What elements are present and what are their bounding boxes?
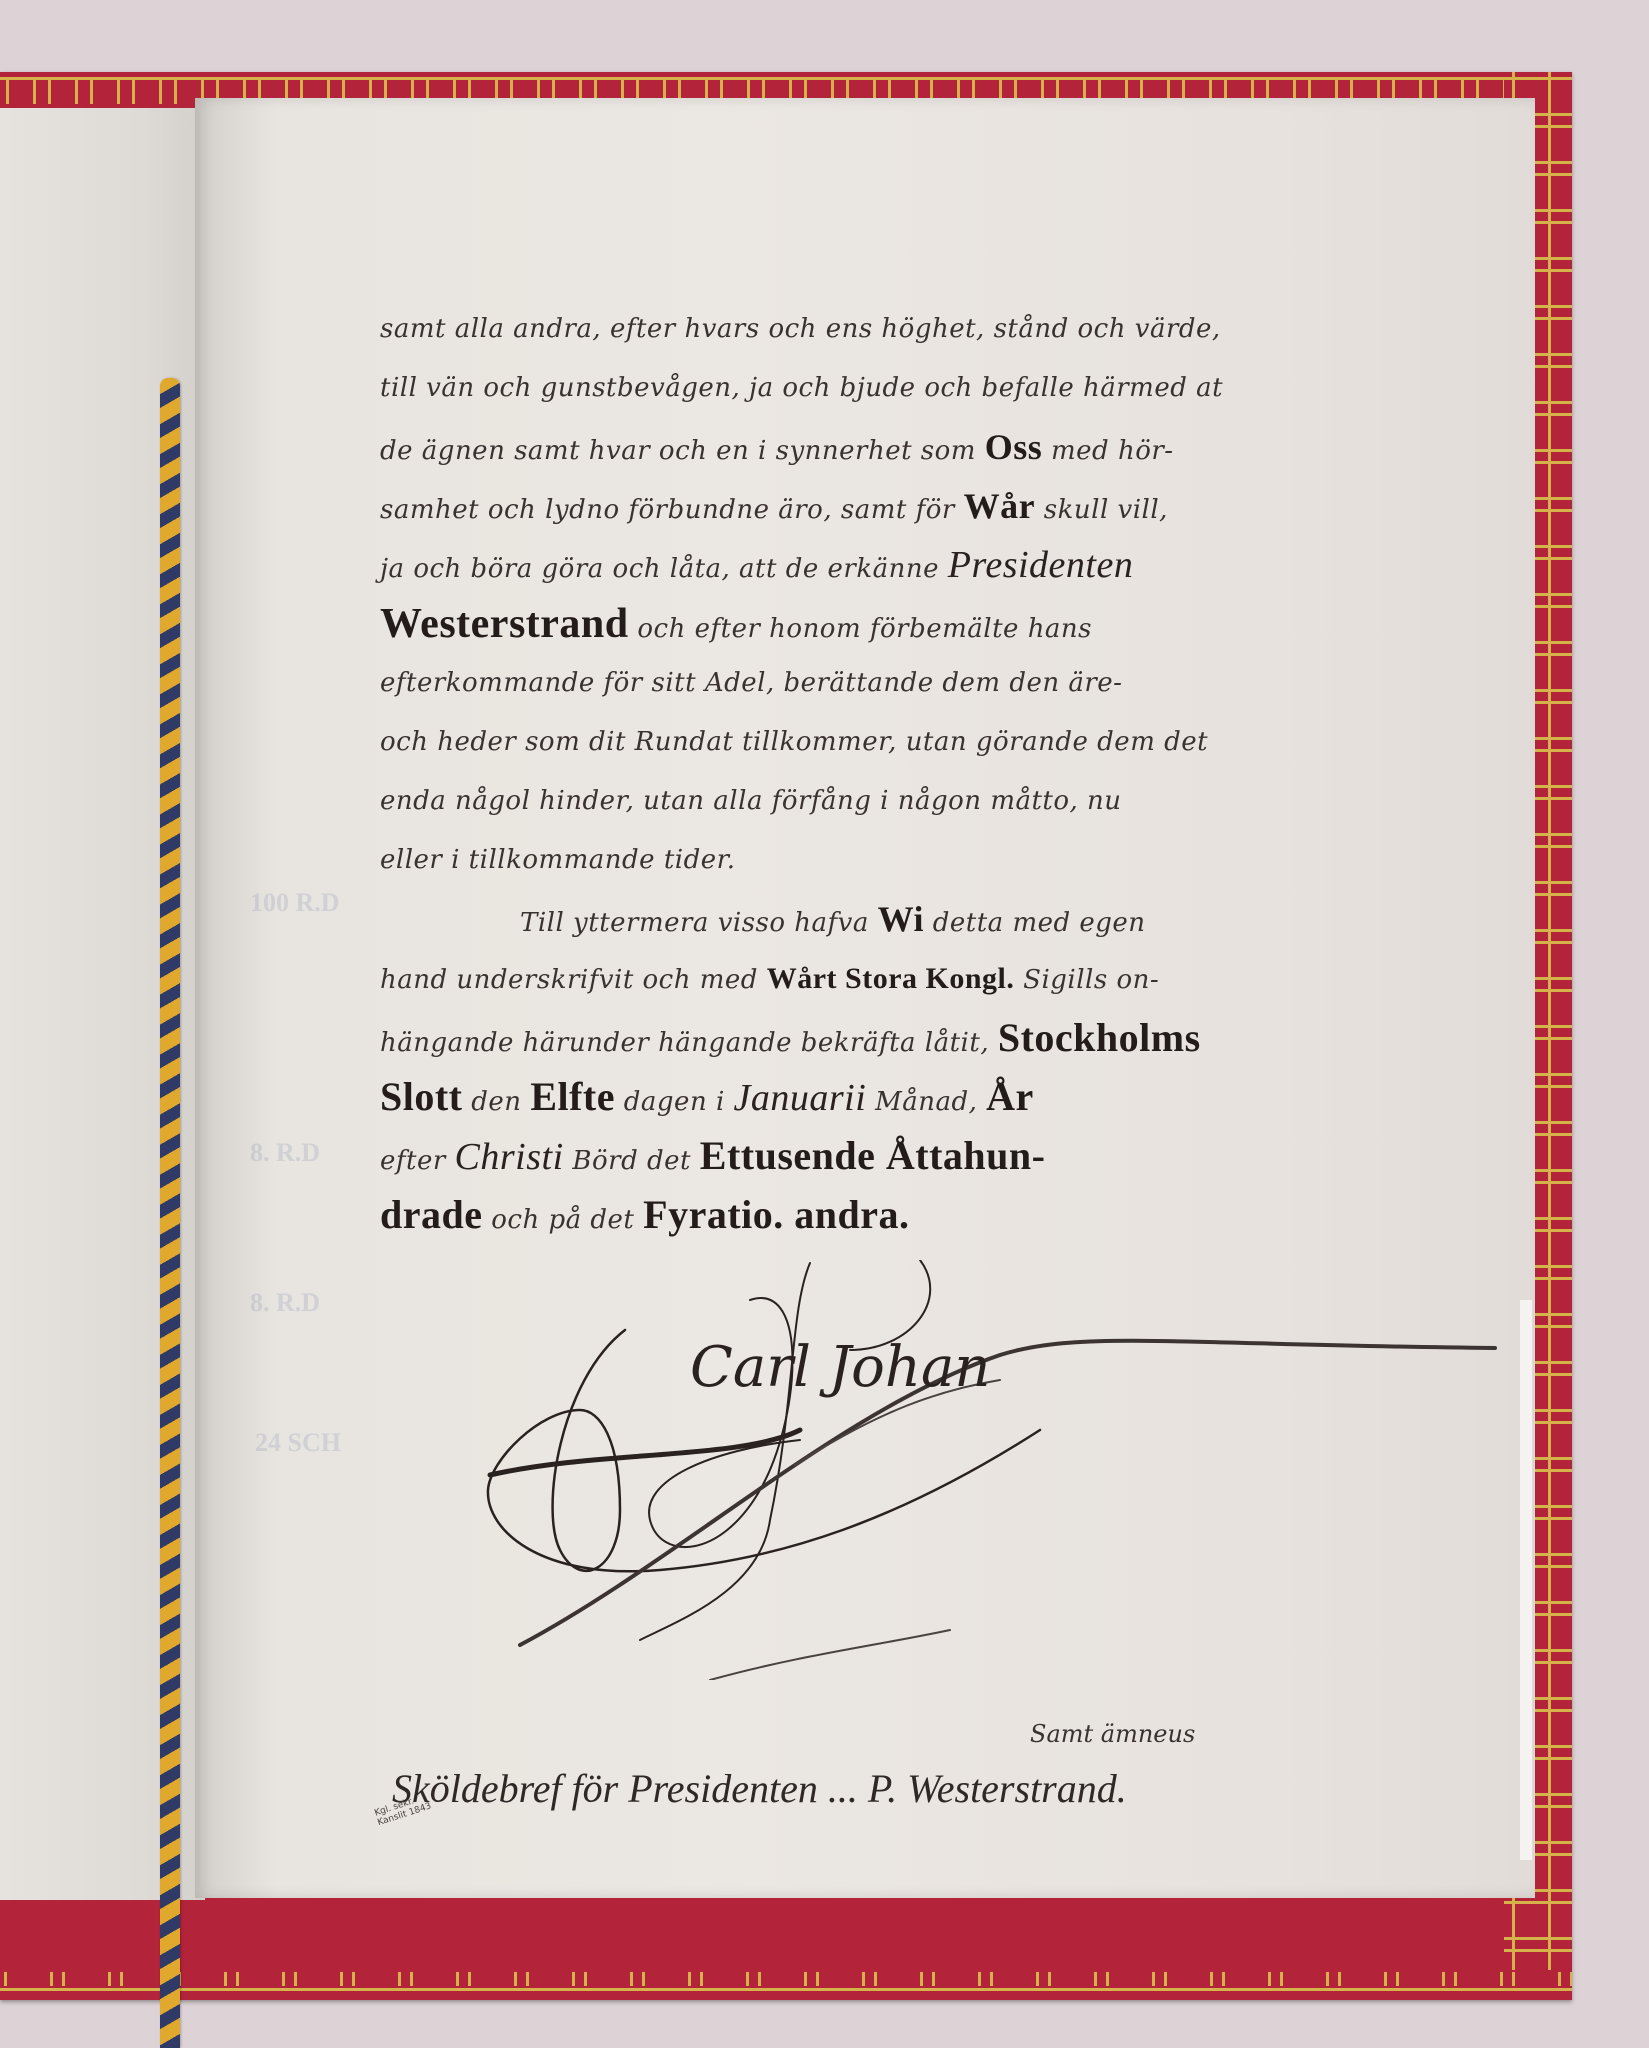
show-through-mark: 8. R.D xyxy=(250,1138,320,1168)
show-through-mark: 24 SCH xyxy=(255,1428,341,1458)
text-line: efter Christi Börd det Ettusende Åttahun… xyxy=(380,1126,1280,1185)
text-line: Westerstrand och efter honom förbemälte … xyxy=(380,595,1280,654)
text-line: till vän och gunstbevågen, ja och bjude … xyxy=(380,359,1280,418)
royal-signature: Carl Johan xyxy=(480,1260,1500,1680)
text-line: de ägnen samt hvar och en i synnerhet so… xyxy=(380,418,1280,477)
greek-key-border-bottom xyxy=(0,1970,1572,2000)
bookmark-cord xyxy=(160,378,180,2048)
page-edge xyxy=(1520,1300,1532,1860)
text-line: hand underskrifvit och med Wårt Stora Ko… xyxy=(380,949,1280,1008)
signature-flourish-icon xyxy=(480,1260,1500,1680)
document-caption: Sköldebref för Presidenten ... P. Wester… xyxy=(392,1765,1127,1812)
text-line: ja och böra göra och låta, att de erkänn… xyxy=(380,536,1280,595)
text-line: hängande härunder hängande bekräfta låti… xyxy=(380,1008,1280,1067)
countersign-note: Samt ämneus xyxy=(1030,1720,1195,1748)
text-line: enda någol hinder, utan alla förfång i n… xyxy=(380,772,1280,831)
text-line: samhet och lydno förbundne äro, samt för… xyxy=(380,477,1280,536)
text-line: eller i tillkommande tider. xyxy=(380,831,1280,890)
show-through-mark: 8. R.D xyxy=(250,1288,320,1318)
text-line: Slott den Elfte dagen i Januarii Månad, … xyxy=(380,1067,1280,1126)
text-line: drade och på det Fyratio. andra. xyxy=(380,1185,1280,1244)
text-line: och heder som dit Rundat tillkommer, uta… xyxy=(380,713,1280,772)
text-line: samt alla andra, efter hvars och ens hög… xyxy=(380,300,1280,359)
show-through-mark: 100 R.D xyxy=(250,888,340,918)
signature-text: Carl Johan xyxy=(690,1335,990,1400)
letter-body: samt alla andra, efter hvars och ens hög… xyxy=(380,300,1280,1244)
text-line: Till yttermera visso hafva Wi detta med … xyxy=(380,890,1280,949)
text-line: efterkommande för sitt Adel, berättande … xyxy=(380,654,1280,713)
